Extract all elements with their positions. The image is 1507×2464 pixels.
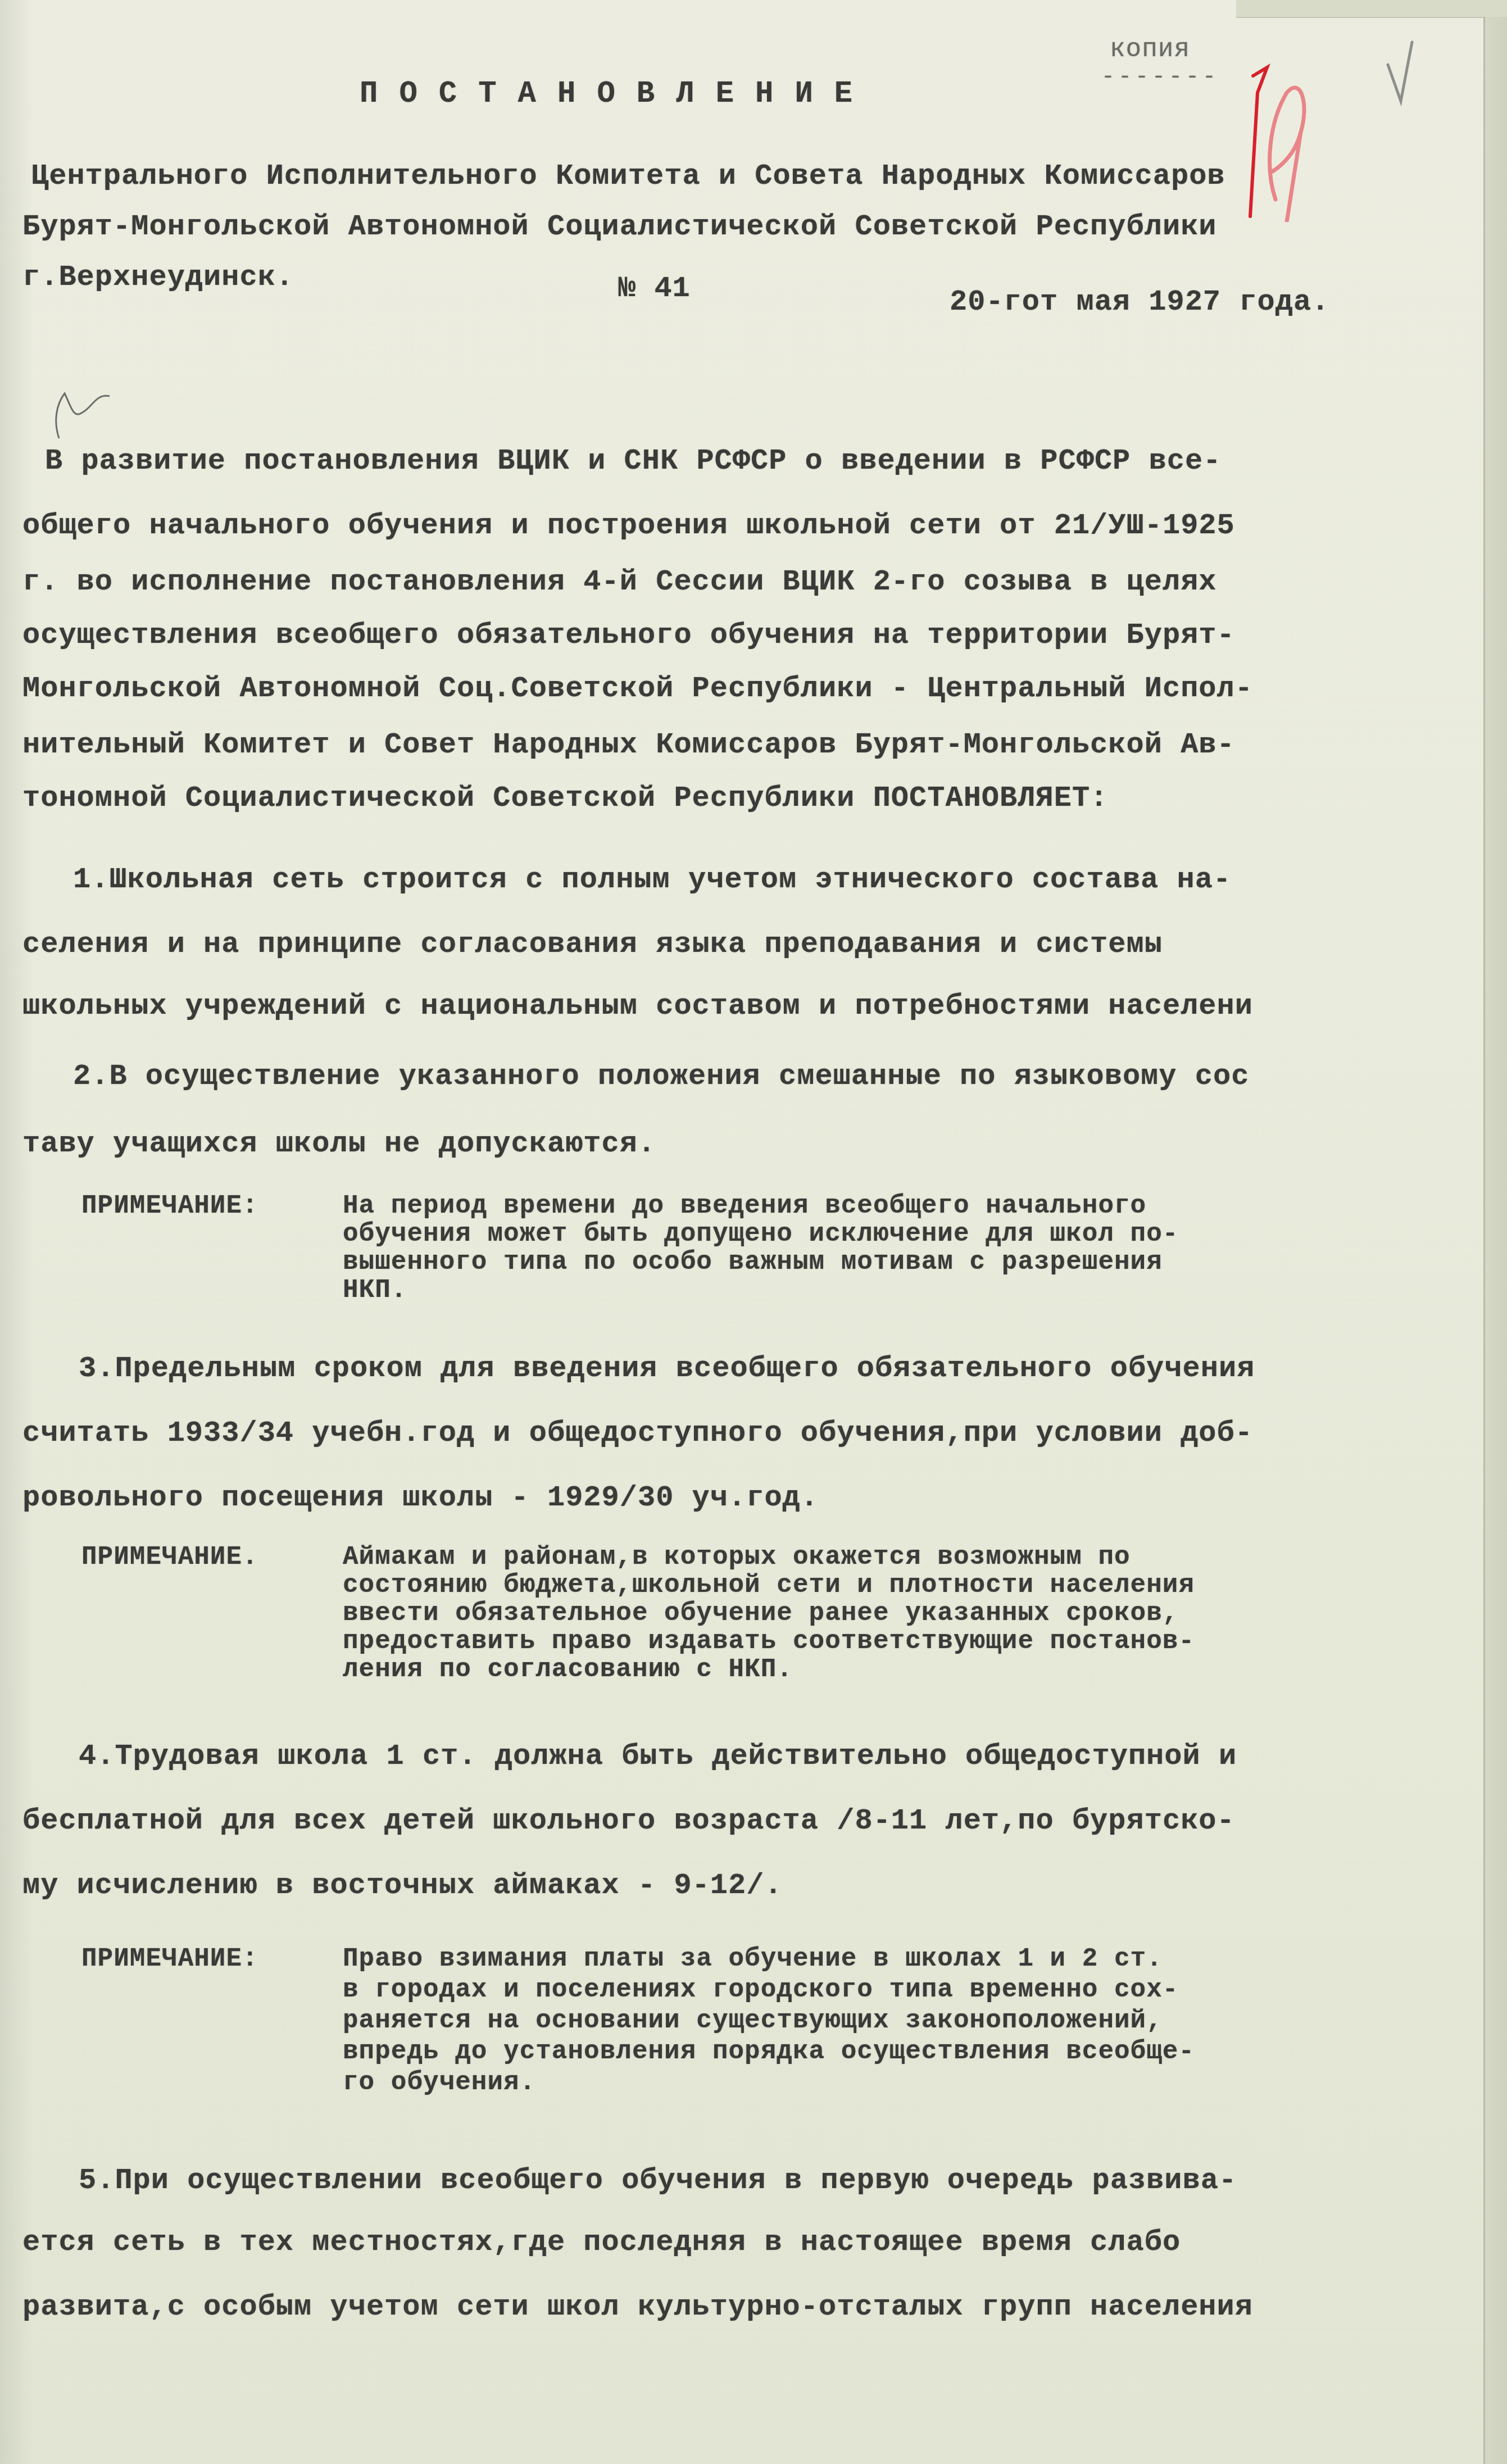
note-label: ПРИМЕЧАНИЕ: <box>81 1944 258 1973</box>
pencil-margin-mark <box>48 382 121 444</box>
preamble-line: общего начального обучения и построения … <box>22 511 1235 541</box>
preamble-line: В развитие постановления ВЦИК и СНК РСФС… <box>45 447 1221 476</box>
note-line: ввести обязательное обучение ранее указа… <box>343 1599 1178 1628</box>
sheet-number-handwritten <box>1247 53 1326 222</box>
copy-underline: ------- <box>1101 63 1219 92</box>
note-line: Право взимания платы за обучение в школа… <box>343 1944 1163 1973</box>
clause-5-line: 5.При осуществлении всеобщего обучения в… <box>79 2166 1237 2195</box>
preamble-line: осуществления всеобщего обязательного об… <box>22 621 1235 650</box>
note-line: впредь до установления порядка осуществл… <box>343 2037 1195 2066</box>
preamble-line: нительный Комитет и Совет Народных Комис… <box>22 730 1235 760</box>
note-line: Аймакам и районам,в которых окажется воз… <box>343 1542 1131 1572</box>
clause-1-line: школьных учреждений с национальным соста… <box>22 992 1253 1021</box>
note-line: обучения может быть допущено исключение … <box>343 1219 1178 1249</box>
clause-4-line: бесплатной для всех детей школьного возр… <box>22 1807 1235 1836</box>
preamble-line: г. во исполнение постановления 4-й Сесси… <box>22 568 1217 597</box>
note-line: раняется на основании существующих закон… <box>343 2006 1163 2035</box>
document-title: ПОСТАНОВЛЕНИЕ <box>360 80 874 109</box>
note-line: НКП. <box>343 1276 407 1305</box>
clause-1-line: селения и на принципе согласования языка… <box>22 930 1163 959</box>
decree-number: № 41 <box>618 274 691 303</box>
header-line-1: Центрального Исполнительного Комитета и … <box>31 162 1225 191</box>
clause-3-line: 3.Предельным сроком для введения всеобще… <box>79 1354 1255 1383</box>
note-line: предоставить право издавать соответствую… <box>343 1627 1195 1656</box>
page-fold-edge <box>1236 0 1507 18</box>
preamble-line: тономной Социалистической Советской Респ… <box>22 784 1108 813</box>
clause-4-line: 4.Трудовая школа 1 ст. должна быть дейст… <box>79 1742 1237 1771</box>
preamble-line: Монгольской Автономной Соц.Советской Рес… <box>22 674 1253 704</box>
place: г.Верхнеудинск. <box>22 263 294 292</box>
clause-3-line: считать 1933/34 учебн.год и общедоступно… <box>22 1419 1253 1448</box>
note-label: ПРИМЕЧАНИЕ. <box>81 1542 258 1572</box>
copy-label: копия <box>1110 35 1190 64</box>
clause-1-line: 1.Школьная сеть строится с полным учетом… <box>73 865 1231 895</box>
note-line: состоянию бюджета,школьной сети и плотно… <box>343 1571 1195 1600</box>
note-line: ления по согласованию с НКП. <box>343 1655 793 1684</box>
clause-4-line: му исчислению в восточных аймаках - 9-12… <box>22 1871 783 1900</box>
decree-date: 20-гот мая 1927 года. <box>950 288 1329 317</box>
clause-5-line: развита,с особым учетом сети школ культу… <box>22 2293 1253 2322</box>
header-line-2: Бурят-Монгольской Автономной Социалистич… <box>22 212 1217 242</box>
clause-5-line: ется сеть в тех местностях,где последняя… <box>22 2228 1181 2257</box>
note-label: ПРИМЕЧАНИЕ: <box>81 1191 258 1220</box>
clause-2-line: таву учащихся школы не допускаются. <box>22 1129 656 1159</box>
note-line: в городах и поселениях городского типа в… <box>343 1975 1178 2004</box>
clause-2-line: 2.В осуществление указанного положения с… <box>73 1062 1249 1091</box>
pencil-check-icon <box>1385 39 1419 107</box>
clause-3-line: ровольного посещения школы - 1929/30 уч.… <box>22 1483 819 1513</box>
note-line: На период времени до введения всеобщего … <box>343 1191 1146 1220</box>
note-line: вышенного типа по особо важным мотивам с… <box>343 1247 1163 1277</box>
note-line: го обучения. <box>343 2068 535 2097</box>
page-binding-edge <box>1483 17 1507 2464</box>
